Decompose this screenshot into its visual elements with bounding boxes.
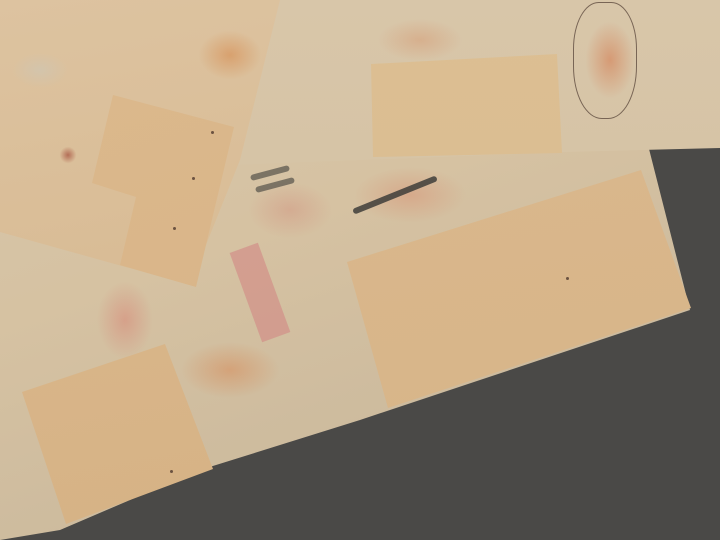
photo-scene [0, 0, 720, 540]
drawn-figure-outline [573, 2, 637, 119]
paper-speck [173, 227, 176, 230]
paper-speck [170, 470, 173, 473]
paper-speck [211, 131, 214, 134]
paper-speck [566, 277, 569, 280]
paper-speck [192, 177, 195, 180]
